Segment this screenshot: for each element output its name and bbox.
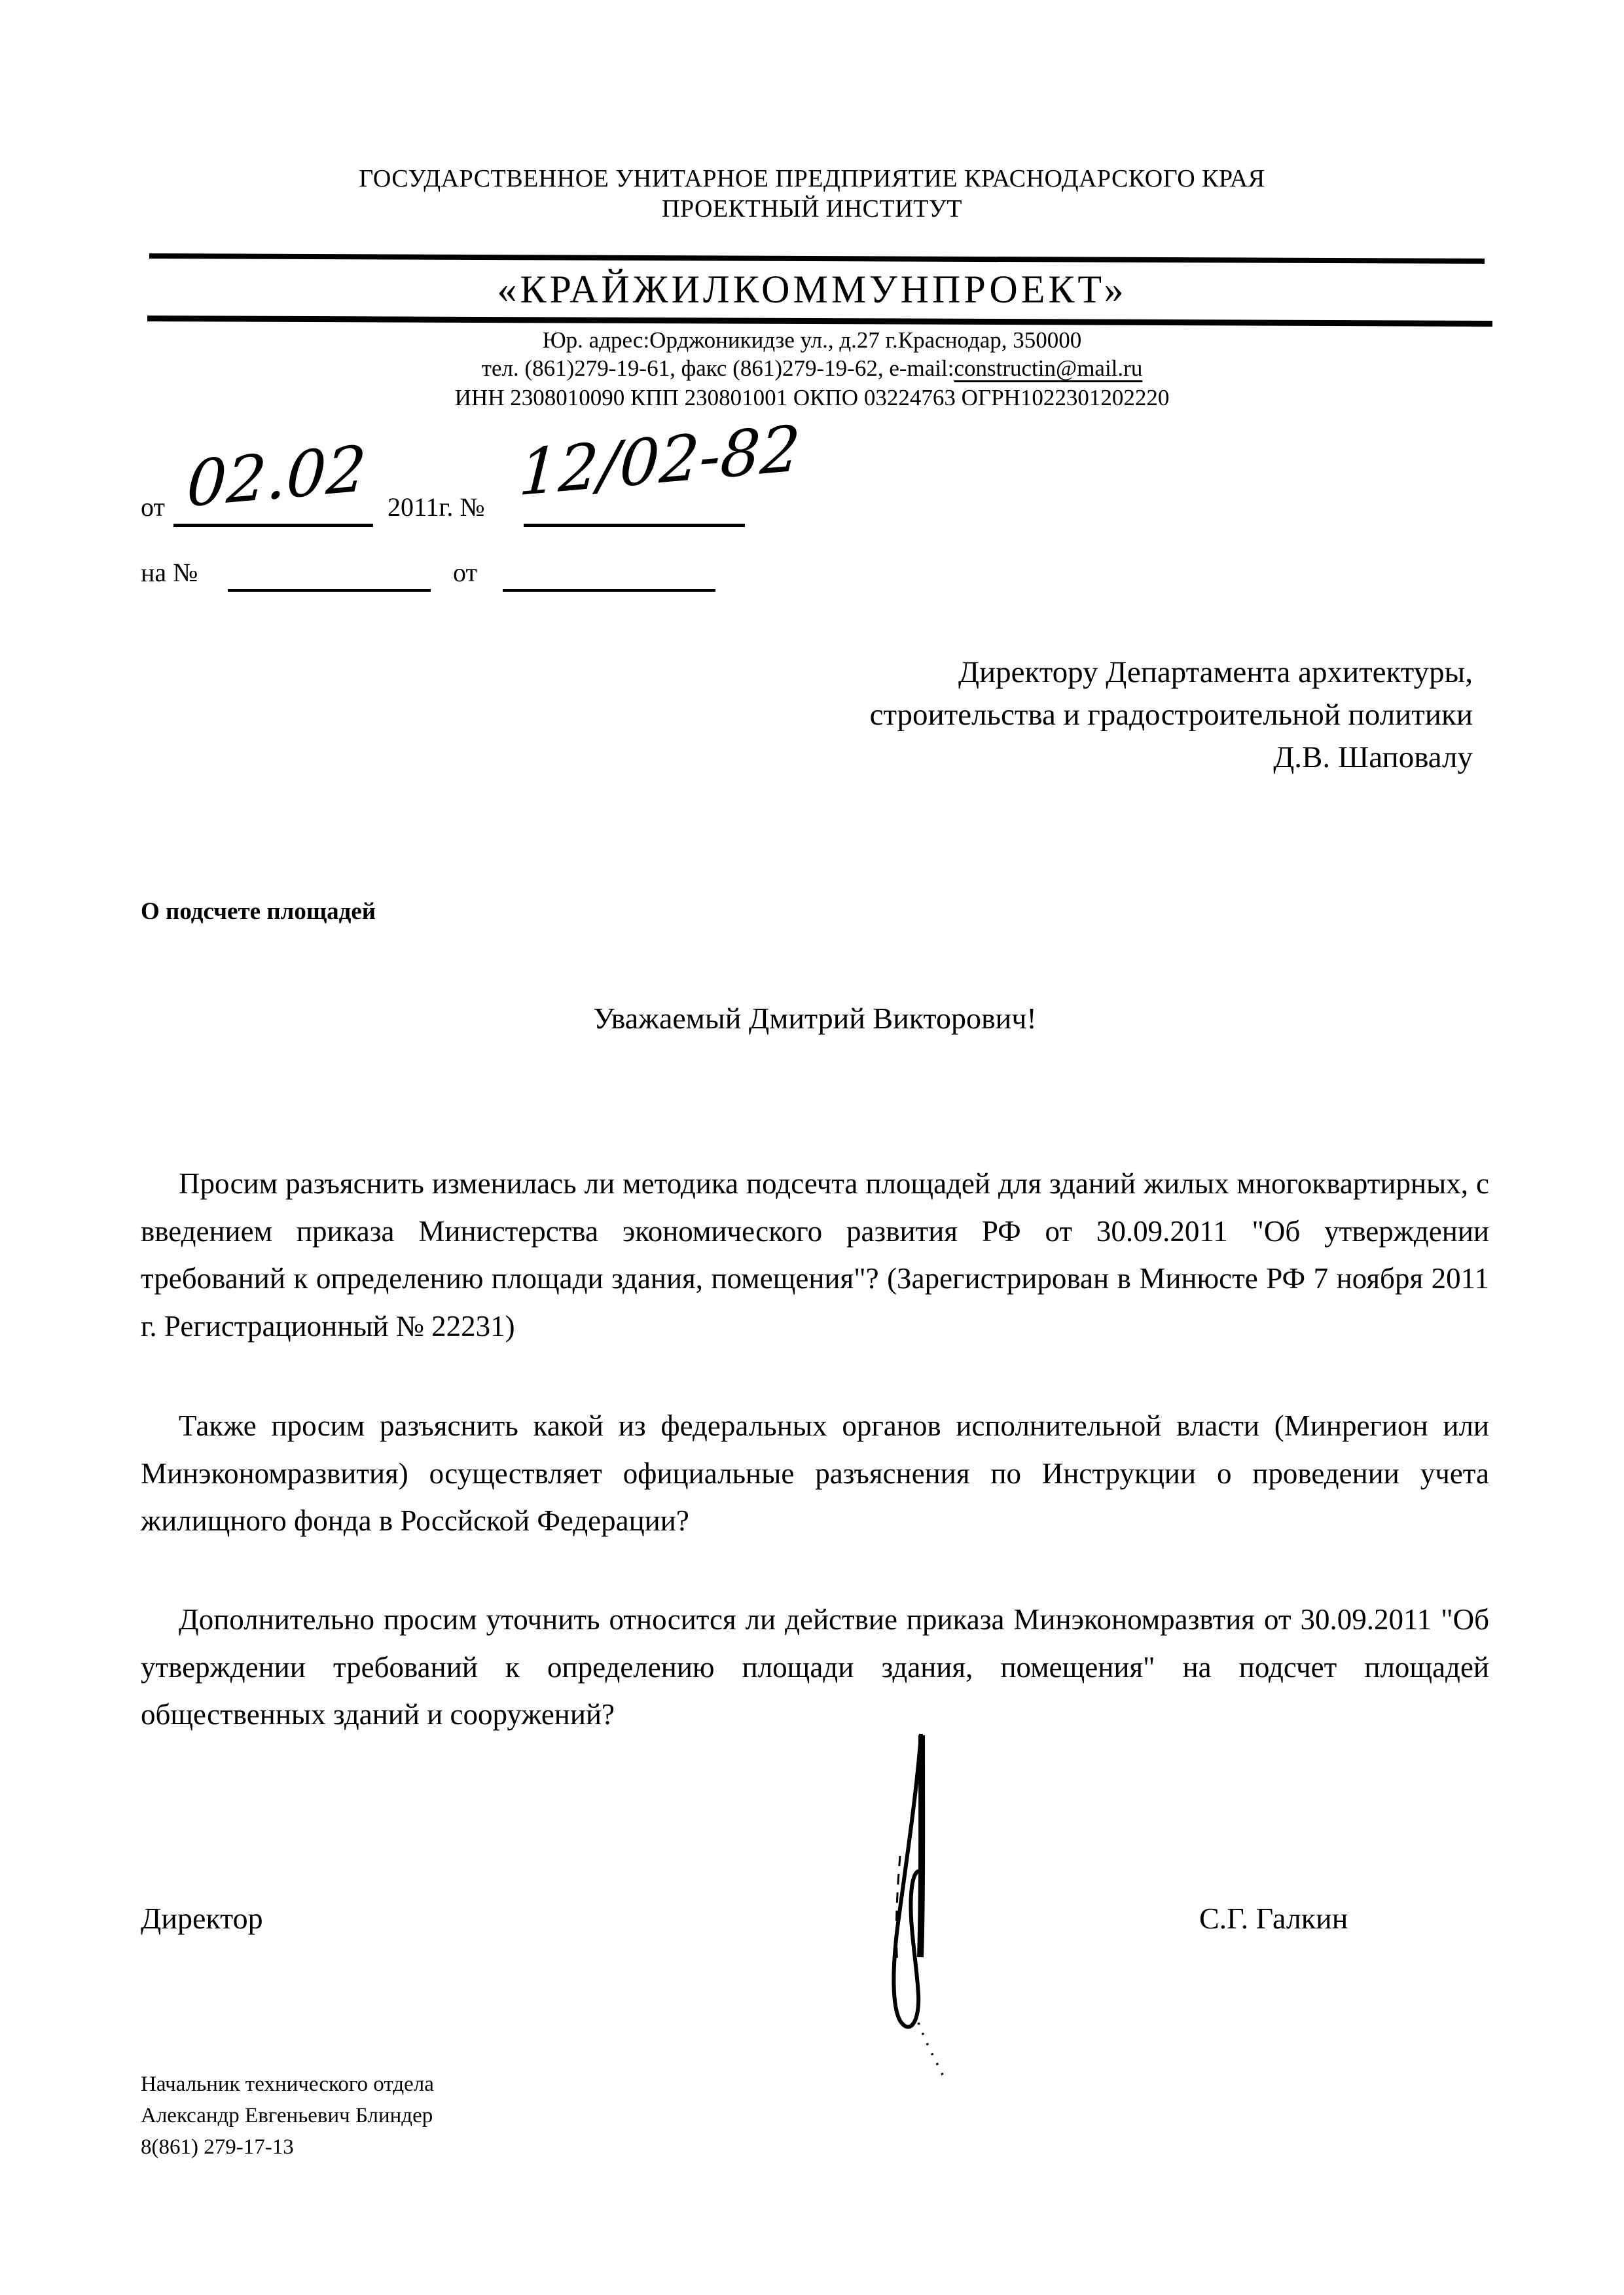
ref-date-underline bbox=[173, 524, 373, 527]
body-paragraph-3: Дополнительно просим уточнить относится … bbox=[141, 1596, 1489, 1739]
letter-page: ГОСУДАРСТВЕННОЕ УНИТАРНОЕ ПРЕДПРИЯТИЕ КР… bbox=[0, 0, 1624, 2295]
body-paragraph-2: Также просим разъяснить какой из федерал… bbox=[141, 1402, 1489, 1545]
body-paragraph-1: Просим разъяснить изменилась ли методика… bbox=[141, 1160, 1489, 1350]
ref-from-label: от bbox=[141, 492, 165, 522]
legal-address: Юр. адрес:Орджоникидзе ул., д.27 г.Красн… bbox=[0, 327, 1624, 353]
reply-from-label: от bbox=[453, 558, 477, 588]
signatory-name: С.Г. Галкин bbox=[1199, 1902, 1348, 1936]
ref-number-underline bbox=[524, 524, 745, 527]
contacts-line: тел. (861)279-19-61, факс (861)279-19-62… bbox=[0, 355, 1624, 382]
org-name-line1: ГОСУДАРСТВЕННОЕ УНИТАРНОЕ ПРЕДПРИЯТИЕ КР… bbox=[0, 165, 1624, 194]
addressee-line2: строительства и градостроительной полити… bbox=[870, 694, 1473, 736]
org-name-line2: ПРОЕКТНЫЙ ИНСТИТУТ bbox=[0, 195, 1624, 224]
addressee-block: Директору Департамента архитектуры, стро… bbox=[870, 651, 1473, 779]
letterhead-rule-bottom bbox=[147, 316, 1492, 327]
addressee-line1: Директору Департамента архитектуры, bbox=[870, 651, 1473, 694]
email-address: constructin@mail.ru bbox=[954, 355, 1142, 381]
ref-year-number-label: 2011г. № bbox=[388, 492, 485, 522]
reply-no-label: на № bbox=[141, 558, 198, 588]
addressee-line3: Д.В. Шаповалу bbox=[870, 736, 1473, 779]
company-name: «КРАЙЖИЛКОММУНПРОЕКТ» bbox=[0, 267, 1624, 312]
ref-number-handwritten: 12/02-82 bbox=[517, 412, 803, 511]
letterhead-rule-top bbox=[149, 253, 1485, 264]
signature-autograph bbox=[821, 1731, 992, 2085]
reply-no-underline bbox=[228, 589, 431, 592]
subject-line: О подсчете площадей bbox=[141, 898, 376, 926]
signatory-position: Директор bbox=[141, 1902, 263, 1936]
registration-numbers: ИНН 2308010090 КПП 230801001 ОКПО 032247… bbox=[0, 385, 1624, 411]
ref-date-handwritten: 02.02 bbox=[185, 432, 369, 522]
executor-phone: 8(861) 279-17-13 bbox=[141, 2131, 434, 2163]
executor-position: Начальник технического отдела bbox=[141, 2069, 434, 2100]
phone-fax-text: тел. (861)279-19-61, факс (861)279-19-62… bbox=[482, 355, 954, 381]
executor-block: Начальник технического отдела Александр … bbox=[141, 2069, 434, 2163]
executor-name: Александр Евгеньевич Блиндер bbox=[141, 2100, 434, 2131]
salutation: Уважаемый Дмитрий Викторович! bbox=[141, 1002, 1489, 1036]
reply-from-underline bbox=[503, 589, 715, 592]
